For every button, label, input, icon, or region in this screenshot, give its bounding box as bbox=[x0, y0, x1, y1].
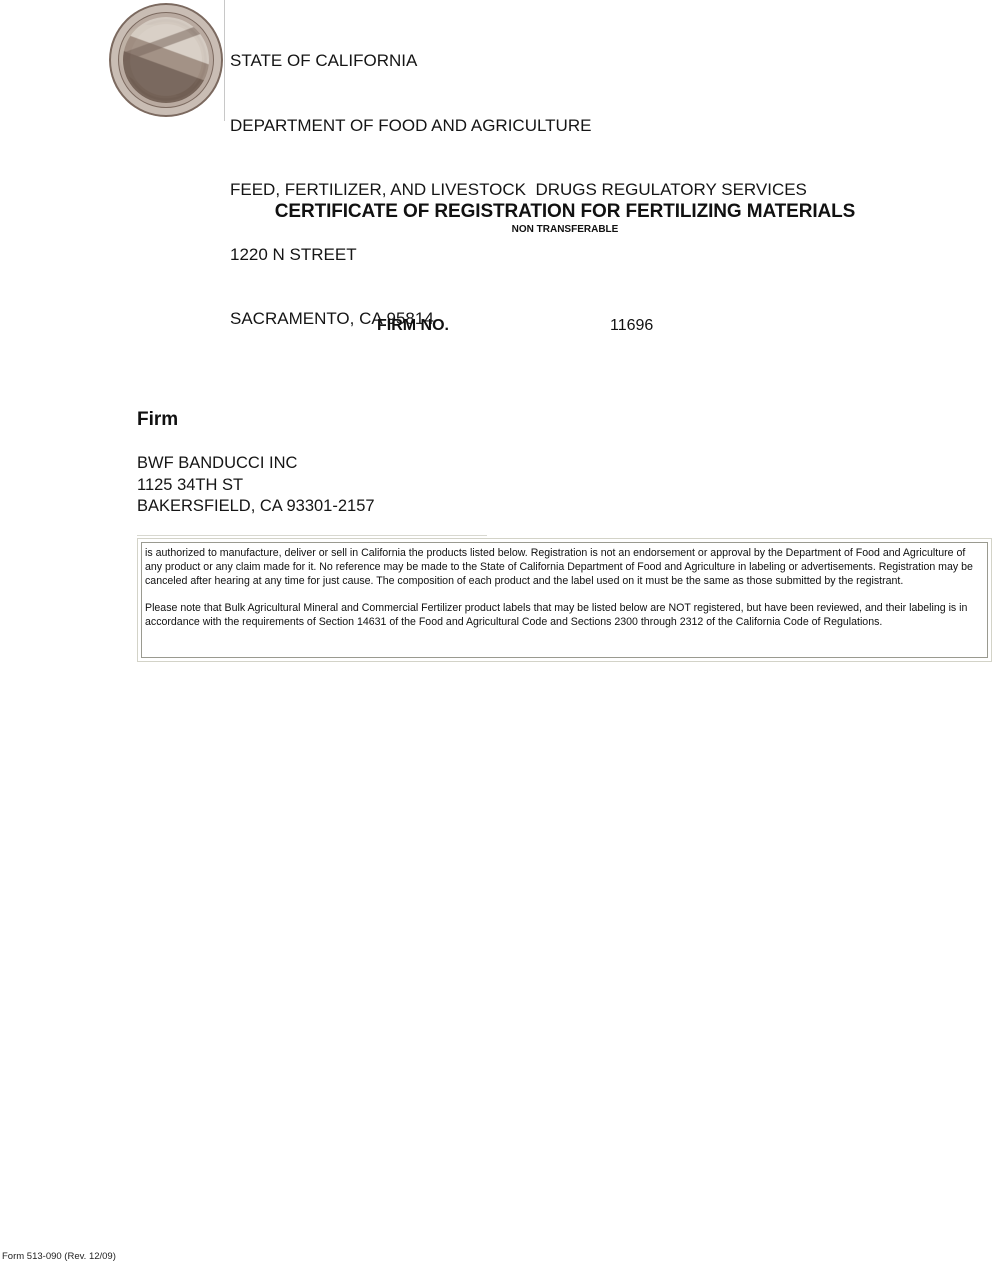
firm-name: BWF BANDUCCI INC bbox=[137, 453, 375, 475]
bulk-label-paragraph: Please note that Bulk Agricultural Miner… bbox=[145, 602, 984, 630]
agency-division: FEED, FERTILIZER, AND LIVESTOCK DRUGS RE… bbox=[230, 179, 807, 201]
state-seal-icon bbox=[109, 3, 223, 117]
firm-number-label: FIRM NO. bbox=[377, 317, 449, 335]
agency-state: STATE OF CALIFORNIA bbox=[230, 50, 807, 72]
authorization-paragraph: is authorized to manufacture, deliver or… bbox=[145, 547, 984, 588]
agency-city: SACRAMENTO, CA 95814 bbox=[230, 308, 807, 330]
firm-heading: Firm bbox=[137, 409, 178, 431]
authorization-notice-content: is authorized to manufacture, deliver or… bbox=[141, 542, 988, 658]
table-top-rule bbox=[137, 535, 487, 536]
header-divider bbox=[224, 0, 225, 121]
form-number: Form 513-090 (Rev. 12/09) bbox=[2, 1251, 116, 1262]
firm-street: 1125 34TH ST bbox=[137, 475, 375, 497]
firm-city-state-zip: BAKERSFIELD, CA 93301-2157 bbox=[137, 496, 375, 518]
agency-address-block: STATE OF CALIFORNIA DEPARTMENT OF FOOD A… bbox=[230, 7, 807, 351]
certificate-title: CERTIFICATE OF REGISTRATION FOR FERTILIZ… bbox=[130, 201, 1000, 223]
seal-image-detail bbox=[123, 17, 209, 103]
agency-street: 1220 N STREET bbox=[230, 244, 807, 266]
firm-number-value: 11696 bbox=[610, 317, 653, 335]
certificate-subtitle: NON TRANSFERABLE bbox=[130, 224, 1000, 235]
authorization-notice-box: is authorized to manufacture, deliver or… bbox=[137, 538, 992, 662]
firm-address-block: BWF BANDUCCI INC 1125 34TH ST BAKERSFIEL… bbox=[137, 453, 375, 518]
agency-department: DEPARTMENT OF FOOD AND AGRICULTURE bbox=[230, 115, 807, 137]
